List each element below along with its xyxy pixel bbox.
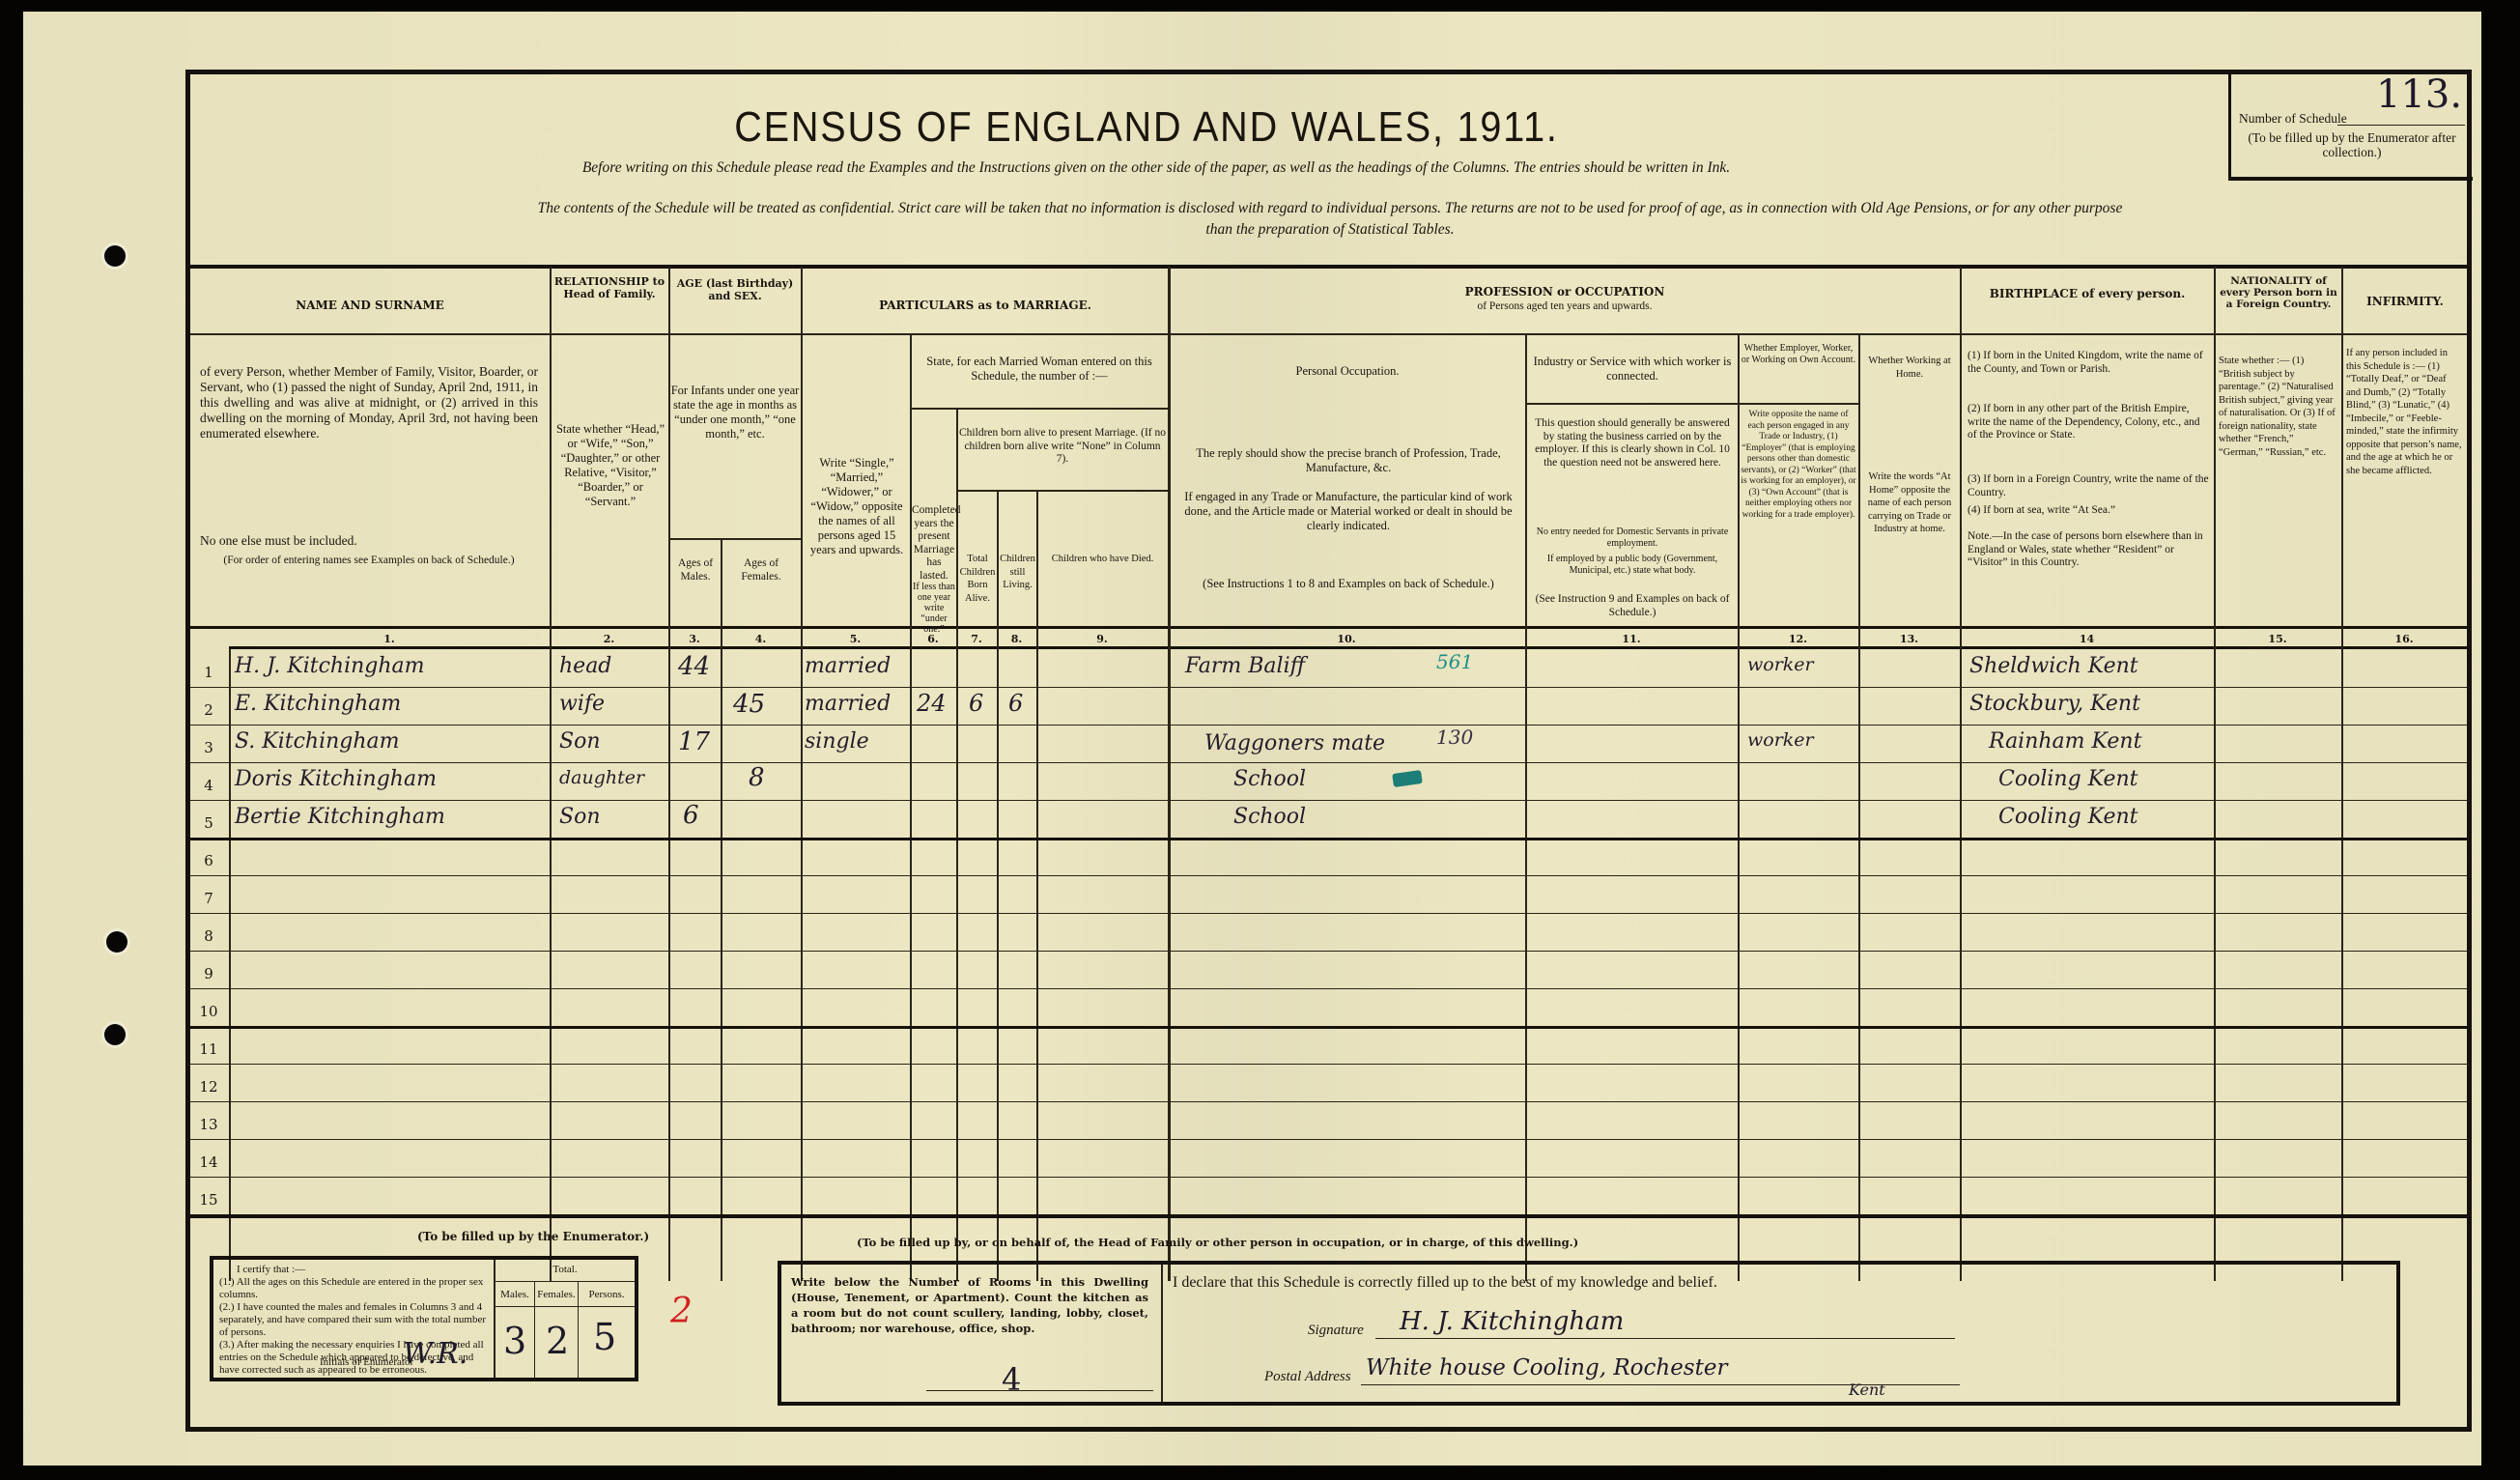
row-number: 7 [194,890,223,907]
row-number: 12 [194,1078,223,1096]
row-line [190,1139,2467,1140]
row-number: 3 [194,739,223,756]
col-divider [956,408,958,1281]
column-number: 8. [997,633,1036,645]
cell-relationship[interactable]: Son [559,805,601,829]
rooms-line [926,1390,1153,1391]
cell-marital[interactable]: married [805,692,891,716]
birthplace-item-3: (3) If born in a Foreign Country, write … [1968,473,2209,499]
declaration-text: I declare that this Schedule is correctl… [1173,1274,1717,1292]
punch-hole [104,1024,126,1045]
signature-label: Signature [1308,1323,1364,1339]
cell-occupation-code: 130 [1436,726,1473,749]
row-number: 15 [194,1191,223,1209]
schedule-number-note: (To be filled up by the Enumerator after… [2237,130,2467,159]
signature-value[interactable]: H. J. Kitchingham [1400,1307,1624,1336]
cell-birthplace[interactable]: Sheldwich Kent [1969,654,2138,678]
rooms-divider [1161,1265,1163,1402]
postal-address-label: Postal Address [1264,1369,1351,1385]
birthplace-heading: BIRTHPLACE of every person. [1962,287,2213,301]
column-number: 12. [1738,633,1858,645]
relationship-heading: RELATIONSHIP to Head of Family. [552,275,667,300]
numbers-row-border [229,646,2467,649]
cell-name[interactable]: Doris Kitchingham [235,767,437,791]
head-of-family-caption: (To be filled up by, or on behalf of, th… [857,1236,1578,1249]
cell-age-male[interactable]: 17 [678,727,710,756]
married-woman-instructions: State, for each Married Woman entered on… [912,355,1167,384]
industry-instructions-4: (See Instruction 9 and Examples on back … [1531,593,1734,619]
header-bottom-border [190,626,2467,629]
cell-age-female[interactable]: 8 [749,763,765,792]
occupation-instructions-2: If engaged in any Trade or Manufacture, … [1179,490,1517,533]
infirmity-heading: INFIRMITY. [2343,295,2467,309]
birthplace-note: Note.—In the case of persons born elsewh… [1968,530,2209,570]
row-line-thick [190,1026,2467,1029]
row-line [190,687,2467,688]
row-number: 1 [194,664,223,681]
cell-name[interactable]: S. Kitchingham [235,729,400,754]
employer-heading: Whether Employer, Worker, or Working on … [1740,343,1857,366]
males-label: Males. [496,1289,534,1300]
row-line [190,951,2467,952]
females-label: Females. [535,1289,578,1300]
persons-total[interactable]: 5 [593,1316,616,1358]
schedule-number-value[interactable]: 113. [2376,72,2462,117]
row-line [190,725,2467,726]
total-sub-line [496,1306,635,1307]
employer-instructions: Write opposite the name of each person e… [1740,410,1857,521]
rooms-instruction: Write below the Number of Rooms in this … [791,1274,1148,1336]
col-divider [1168,267,1171,1281]
row-number: 10 [194,1003,223,1020]
name-instructions: of every Person, whether Member of Famil… [200,364,538,441]
col-divider [801,267,803,1281]
punch-hole [104,245,126,267]
cell-years-married[interactable]: 24 [917,690,947,717]
ages-of-females-label: Ages of Females. [722,557,800,583]
postal-address-value[interactable]: White house Cooling, Rochester [1366,1355,1727,1380]
relationship-instructions: State whether “Head,” or “Wife,” “Son,” … [555,422,665,509]
cell-name[interactable]: E. Kitchingham [235,692,401,716]
col-divider [2341,267,2343,1281]
females-total[interactable]: 2 [546,1320,569,1362]
col-divider [2214,267,2216,1281]
occupation-instructions-3: (See Instructions 1 to 8 and Examples on… [1179,577,1517,591]
row-line-thick [190,838,2467,840]
table-top-border [190,265,2467,269]
cell-born-alive[interactable]: 6 [969,690,983,717]
cell-employer[interactable]: worker [1747,729,1814,751]
cell-occupation[interactable]: School [1233,805,1306,829]
column-number: 5. [801,633,910,645]
years-married-note: If less than one year write “under one.” [912,582,956,635]
column-number: 10. [1168,633,1525,645]
certify-item-1: (1.) All the ages on this Schedule are e… [219,1276,490,1301]
confidential-line: The contents of the Schedule will be tre… [200,200,2460,217]
birthplace-item-4: (4) If born at sea, write “At Sea.” [1968,504,2209,518]
age-instructions: For Infants under one year state the age… [670,384,800,441]
cell-birthplace[interactable]: Stockbury, Kent [1969,692,2140,716]
column-number: 6. [910,633,956,645]
certify-item-2: (2.) I have counted the males and female… [219,1301,490,1339]
cell-occupation-code: 561 [1436,650,1473,673]
row-line [190,1101,2467,1102]
row-number: 4 [194,777,223,794]
total-divider [494,1260,496,1378]
column-number: 4. [721,633,801,645]
occupation-instructions-1: The reply should show the precise branch… [1179,446,1517,475]
row-line [190,1064,2467,1065]
total-col-divider [578,1281,579,1378]
industry-heading: Industry or Service with which worker is… [1529,355,1736,384]
cell-name[interactable]: Bertie Kitchingham [235,805,445,829]
row-number: 2 [194,701,223,719]
column-number: 16. [2341,633,2467,645]
cell-birthplace[interactable]: Cooling Kent [1998,767,2138,791]
at-home-heading: Whether Working at Home. [1860,355,1959,381]
table-bottom-border [190,1214,2467,1218]
children-died-heading: Children who have Died. [1038,553,1167,566]
industry-instructions-3: If employed by a public body (Government… [1531,554,1734,577]
marital-status-instructions: Write “Single,” “Married,” “Widower,” or… [805,456,909,557]
teal-correction-mark [1392,770,1423,787]
children-heading: Children born alive to present Marriage.… [958,427,1167,467]
column-number: 2. [550,633,668,645]
cell-age-male[interactable]: 6 [683,801,699,830]
row-line [190,913,2467,914]
cell-marital[interactable]: married [805,654,891,678]
age-heading: AGE (last Birthday) and SEX. [670,277,800,302]
header-divider [190,333,2467,335]
age-sub-divider [668,538,801,540]
row-number-divider [229,649,231,1281]
males-total[interactable]: 3 [503,1320,526,1362]
occupation-heading: PROFESSION or OCCUPATION [1170,285,1960,299]
certify-intro: I certify that :— [219,1264,490,1276]
infirmity-instructions: If any person included in this Schedule … [2346,347,2462,477]
cell-marital[interactable]: single [805,729,869,754]
cell-relationship[interactable]: wife [559,692,605,716]
signature-line [1375,1338,1955,1339]
name-heading: NAME AND SURNAME [190,299,550,313]
red-annotation: 2 [670,1292,693,1331]
at-home-instructions: Write the words “At Home” opposite the n… [1862,470,1957,536]
row-number: 5 [194,814,223,832]
row-line [190,1177,2467,1178]
postal-address-county[interactable]: Kent [1849,1380,1885,1399]
row-line [190,762,2467,763]
row-line [190,875,2467,876]
total-line [496,1281,635,1282]
punch-hole [106,931,127,953]
row-number: 13 [194,1116,223,1133]
cell-relationship[interactable]: daughter [559,767,644,788]
cell-relationship[interactable]: Son [559,729,601,754]
children-living-heading: Children still Living. [999,553,1036,592]
rooms-value[interactable]: 4 [1002,1361,1021,1398]
cell-occupation[interactable]: School [1233,767,1306,791]
col-divider [1960,267,1962,1281]
row-number: 11 [194,1040,223,1058]
row-number: 8 [194,927,223,945]
name-note: No one else must be included. [200,533,538,548]
occupation-subheading: of Persons aged ten years and upwards. [1170,300,1960,314]
row-number: 14 [194,1153,223,1171]
nationality-heading: NATIONALITY of every Person born in a Fo… [2216,275,2341,310]
name-order-note: (For order of entering names see Example… [200,555,538,568]
years-married-heading: Completed years the present Marriage has… [912,504,956,583]
employer-divider [1525,403,1858,405]
birthplace-item-2: (2) If born in any other part of the Bri… [1968,403,2209,442]
cell-occupation[interactable]: Waggoners mate [1204,731,1385,755]
initials-value[interactable]: W.R. [403,1337,467,1371]
cell-living[interactable]: 6 [1008,690,1023,717]
row-line [190,800,2467,801]
total-col-divider [534,1281,535,1378]
page-title: CENSUS OF ENGLAND AND WALES, 1911. [286,103,2007,152]
industry-instructions-2: No entry needed for Domestic Servants in… [1531,527,1734,550]
col-divider [721,538,722,1281]
census-schedule-sheet: CENSUS OF ENGLAND AND WALES, 1911. Befor… [23,12,2481,1466]
nationality-instructions: State whether :— (1) “British subject by… [2219,355,2338,459]
column-number: 14 [1960,633,2214,645]
col-divider [550,267,552,1281]
instruction-line: Before writing on this Schedule please r… [306,159,2006,177]
column-number: 13. [1858,633,1960,645]
children-divider [956,490,1168,492]
row-number: 6 [194,852,223,869]
cell-birthplace[interactable]: Rainham Kent [1989,729,2141,754]
cell-name[interactable]: H. J. Kitchingham [235,654,425,678]
married-woman-divider [910,408,1168,410]
column-number: 7. [956,633,997,645]
cell-age-male[interactable]: 44 [678,652,710,681]
column-number: 3. [668,633,721,645]
column-number: 11. [1525,633,1738,645]
enumerator-caption: (To be filled up by the Enumerator.) [417,1230,649,1243]
cell-relationship[interactable]: head [559,654,611,678]
column-number: 9. [1036,633,1168,645]
cell-employer[interactable]: worker [1747,654,1814,675]
initials-label: Initials of Enumerator [320,1356,413,1368]
col-divider [1036,490,1038,1281]
total-label: Total. [496,1264,635,1275]
ages-of-males-label: Ages of Males. [670,557,721,583]
form-frame: CENSUS OF ENGLAND AND WALES, 1911. Befor… [185,70,2472,1432]
personal-occupation-heading: Personal Occupation. [1172,364,1523,379]
persons-label: Persons. [579,1289,635,1300]
confidential-line-2: than the preparation of Statistical Tabl… [200,221,2460,239]
head-of-family-box: Write below the Number of Rooms in this … [778,1261,2400,1406]
schedule-number-label: Number of Schedule [2239,111,2347,127]
cell-birthplace[interactable]: Cooling Kent [1998,805,2138,829]
schedule-number-box: Number of Schedule 113. (To be filled up… [2228,72,2473,181]
row-line [190,988,2467,989]
birthplace-item-1: (1) If born in the United Kingdom, write… [1968,350,2209,376]
cell-occupation[interactable]: Farm Baliff [1185,654,1305,678]
marriage-heading: PARTICULARS as to MARRIAGE. [803,299,1168,313]
cell-age-female[interactable]: 45 [733,690,765,719]
column-number: 15. [2214,633,2341,645]
schedule-number-line [2337,125,2465,126]
total-born-alive-heading: Total Children Born Alive. [958,553,997,605]
industry-instructions-1: This question should generally be answer… [1531,417,1734,470]
enumerator-certification-box: I certify that :— (1.) All the ages on t… [210,1256,638,1381]
column-number: 1. [229,633,550,645]
col-divider [997,490,999,1281]
row-number: 9 [194,965,223,982]
